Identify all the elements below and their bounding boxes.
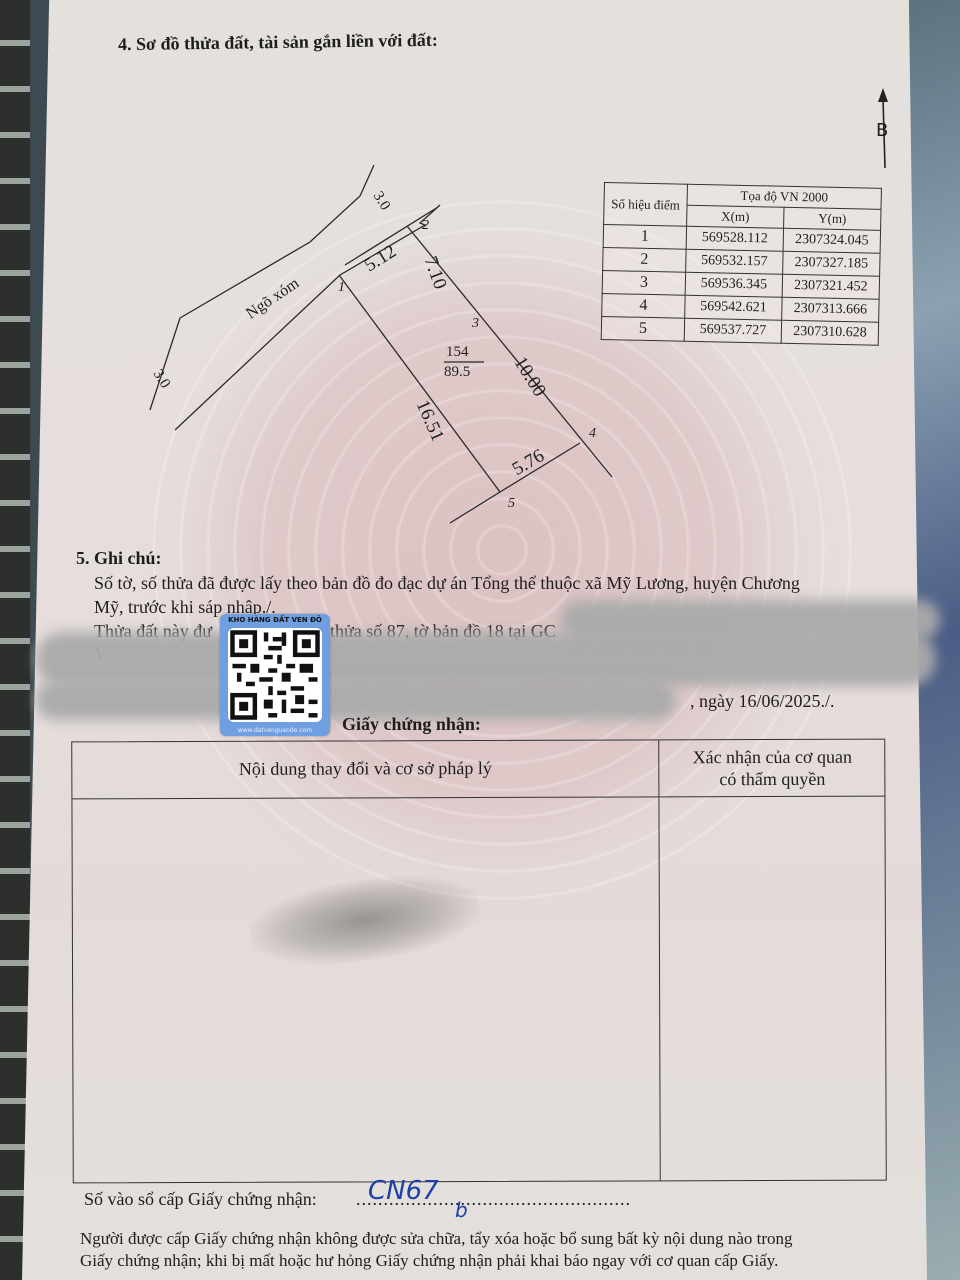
- col-point-header: Số hiệu điểm: [604, 183, 688, 227]
- coord-y: 2307324.045: [783, 228, 880, 253]
- point-label-5: 5: [508, 496, 515, 512]
- coord-x: 569528.112: [686, 226, 783, 251]
- redaction: [36, 632, 936, 686]
- watermark-title: KHO HÀNG ĐẤT VEN ĐÔ: [220, 616, 330, 624]
- section6-title: Giấy chứng nhận:: [342, 714, 481, 735]
- coord-y: 2307327.185: [783, 251, 880, 276]
- point-label-1: 1: [338, 280, 345, 296]
- parcel-number: 154: [446, 344, 469, 361]
- coordinate-table: Số hiệu điểm Tọa độ VN 2000 X(m) Y(m) 15…: [601, 182, 882, 346]
- note-line-1: Số tờ, số thửa đã được lấy theo bản đồ đ…: [94, 572, 800, 594]
- coord-point: 4: [602, 293, 685, 318]
- coord-point: 3: [602, 270, 685, 295]
- column-divider: [658, 740, 661, 1180]
- coord-point: 1: [603, 225, 686, 250]
- col-confirmation-line1: Xác nhận của cơ quan: [660, 746, 884, 769]
- point-label-2: 2: [422, 218, 429, 234]
- registry-label: Số vào sổ cấp Giấy chứng nhận:: [84, 1188, 317, 1210]
- qr-code-icon: [228, 628, 322, 722]
- col-y-header: Y(m): [784, 207, 881, 230]
- col-content-header: Nội dung thay đổi và cơ sở pháp lý: [72, 757, 658, 780]
- coord-x: 569542.621: [685, 295, 782, 320]
- coord-point: 5: [601, 316, 684, 341]
- registry-subscript: b: [455, 1198, 468, 1222]
- date-text: , ngày 16/06/2025./.: [690, 690, 835, 712]
- registry-value: CN67: [368, 1176, 439, 1206]
- coord-x: 569537.727: [684, 318, 781, 343]
- coord-x: 569532.157: [686, 249, 783, 274]
- parcel-area: 89.5: [444, 364, 470, 381]
- point-label-3: 3: [472, 316, 479, 332]
- changes-table: Nội dung thay đổi và cơ sở pháp lý Xác n…: [71, 739, 887, 1184]
- warning-line-1: Người được cấp Giấy chứng nhận không đượ…: [80, 1228, 793, 1250]
- col-confirmation-header: Xác nhận của cơ quan có thẩm quyền: [660, 746, 884, 791]
- coord-point: 2: [603, 247, 686, 272]
- col-confirmation-line2: có thẩm quyền: [660, 768, 884, 791]
- coord-x: 569536.345: [685, 272, 782, 297]
- coord-y: 2307313.666: [782, 297, 879, 322]
- point-label-4: 4: [589, 426, 596, 442]
- watermark-url: www.datvenguande.com: [220, 727, 330, 734]
- col-x-header: X(m): [687, 205, 784, 228]
- coord-y: 2307321.452: [782, 274, 879, 299]
- warning-line-2: Giấy chứng nhận; khi bị mất hoặc hư hỏng…: [80, 1250, 778, 1272]
- section5-title: 5. Ghi chú:: [76, 548, 162, 569]
- watermark-badge: KHO HÀNG ĐẤT VEN ĐÔ www.datvenguande.com: [220, 614, 330, 736]
- coord-y: 2307310.628: [781, 320, 878, 345]
